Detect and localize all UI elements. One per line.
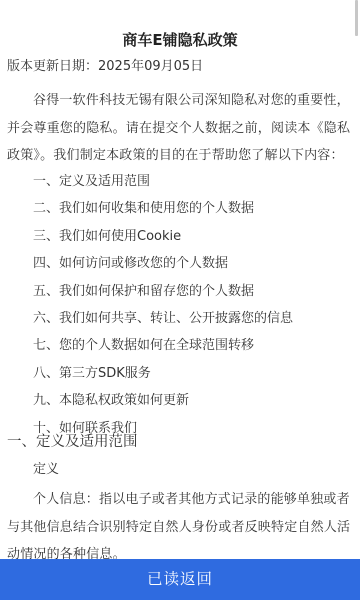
toc-item: 二、我们如何收集和使用您的个人数据: [33, 199, 293, 226]
scrollbar[interactable]: [355, 0, 358, 36]
intro-paragraph: 谷得一软件科技无锡有限公司深知隐私对您的重要性，并会尊重您的隐私。请在提交个人数…: [7, 87, 354, 170]
section-subheading: 定义: [33, 460, 59, 480]
toc-item: 八、第三方SDK服务: [33, 364, 293, 391]
toc-item: 一、定义及适用范围: [33, 172, 293, 199]
table-of-contents: 一、定义及适用范围 二、我们如何收集和使用您的个人数据 三、我们如何使用Cook…: [33, 172, 293, 446]
toc-item: 三、我们如何使用Cookie: [33, 227, 293, 254]
toc-item: 四、如何访问或修改您的个人数据: [33, 254, 293, 281]
read-and-return-button[interactable]: 已读返回: [0, 559, 360, 600]
version-date: 版本更新日期：2025年09月05日: [7, 57, 203, 77]
policy-content[interactable]: 商车E铺隐私政策 版本更新日期：2025年09月05日 谷得一软件科技无锡有限公…: [0, 0, 360, 559]
toc-item: 五、我们如何保护和留存您的个人数据: [33, 282, 293, 309]
section-heading: 一、定义及适用范围: [7, 431, 138, 453]
toc-item: 六、我们如何共享、转让、公开披露您的信息: [33, 309, 293, 336]
toc-item: 七、您的个人数据如何在全球范围转移: [33, 336, 293, 363]
page-title: 商车E铺隐私政策: [0, 29, 360, 51]
definition-paragraph: 个人信息：指以电子或者其他方式记录的能够单独或者与其他信息结合识别特定自然人身份…: [7, 486, 354, 559]
toc-item: 九、本隐私权政策如何更新: [33, 391, 293, 418]
